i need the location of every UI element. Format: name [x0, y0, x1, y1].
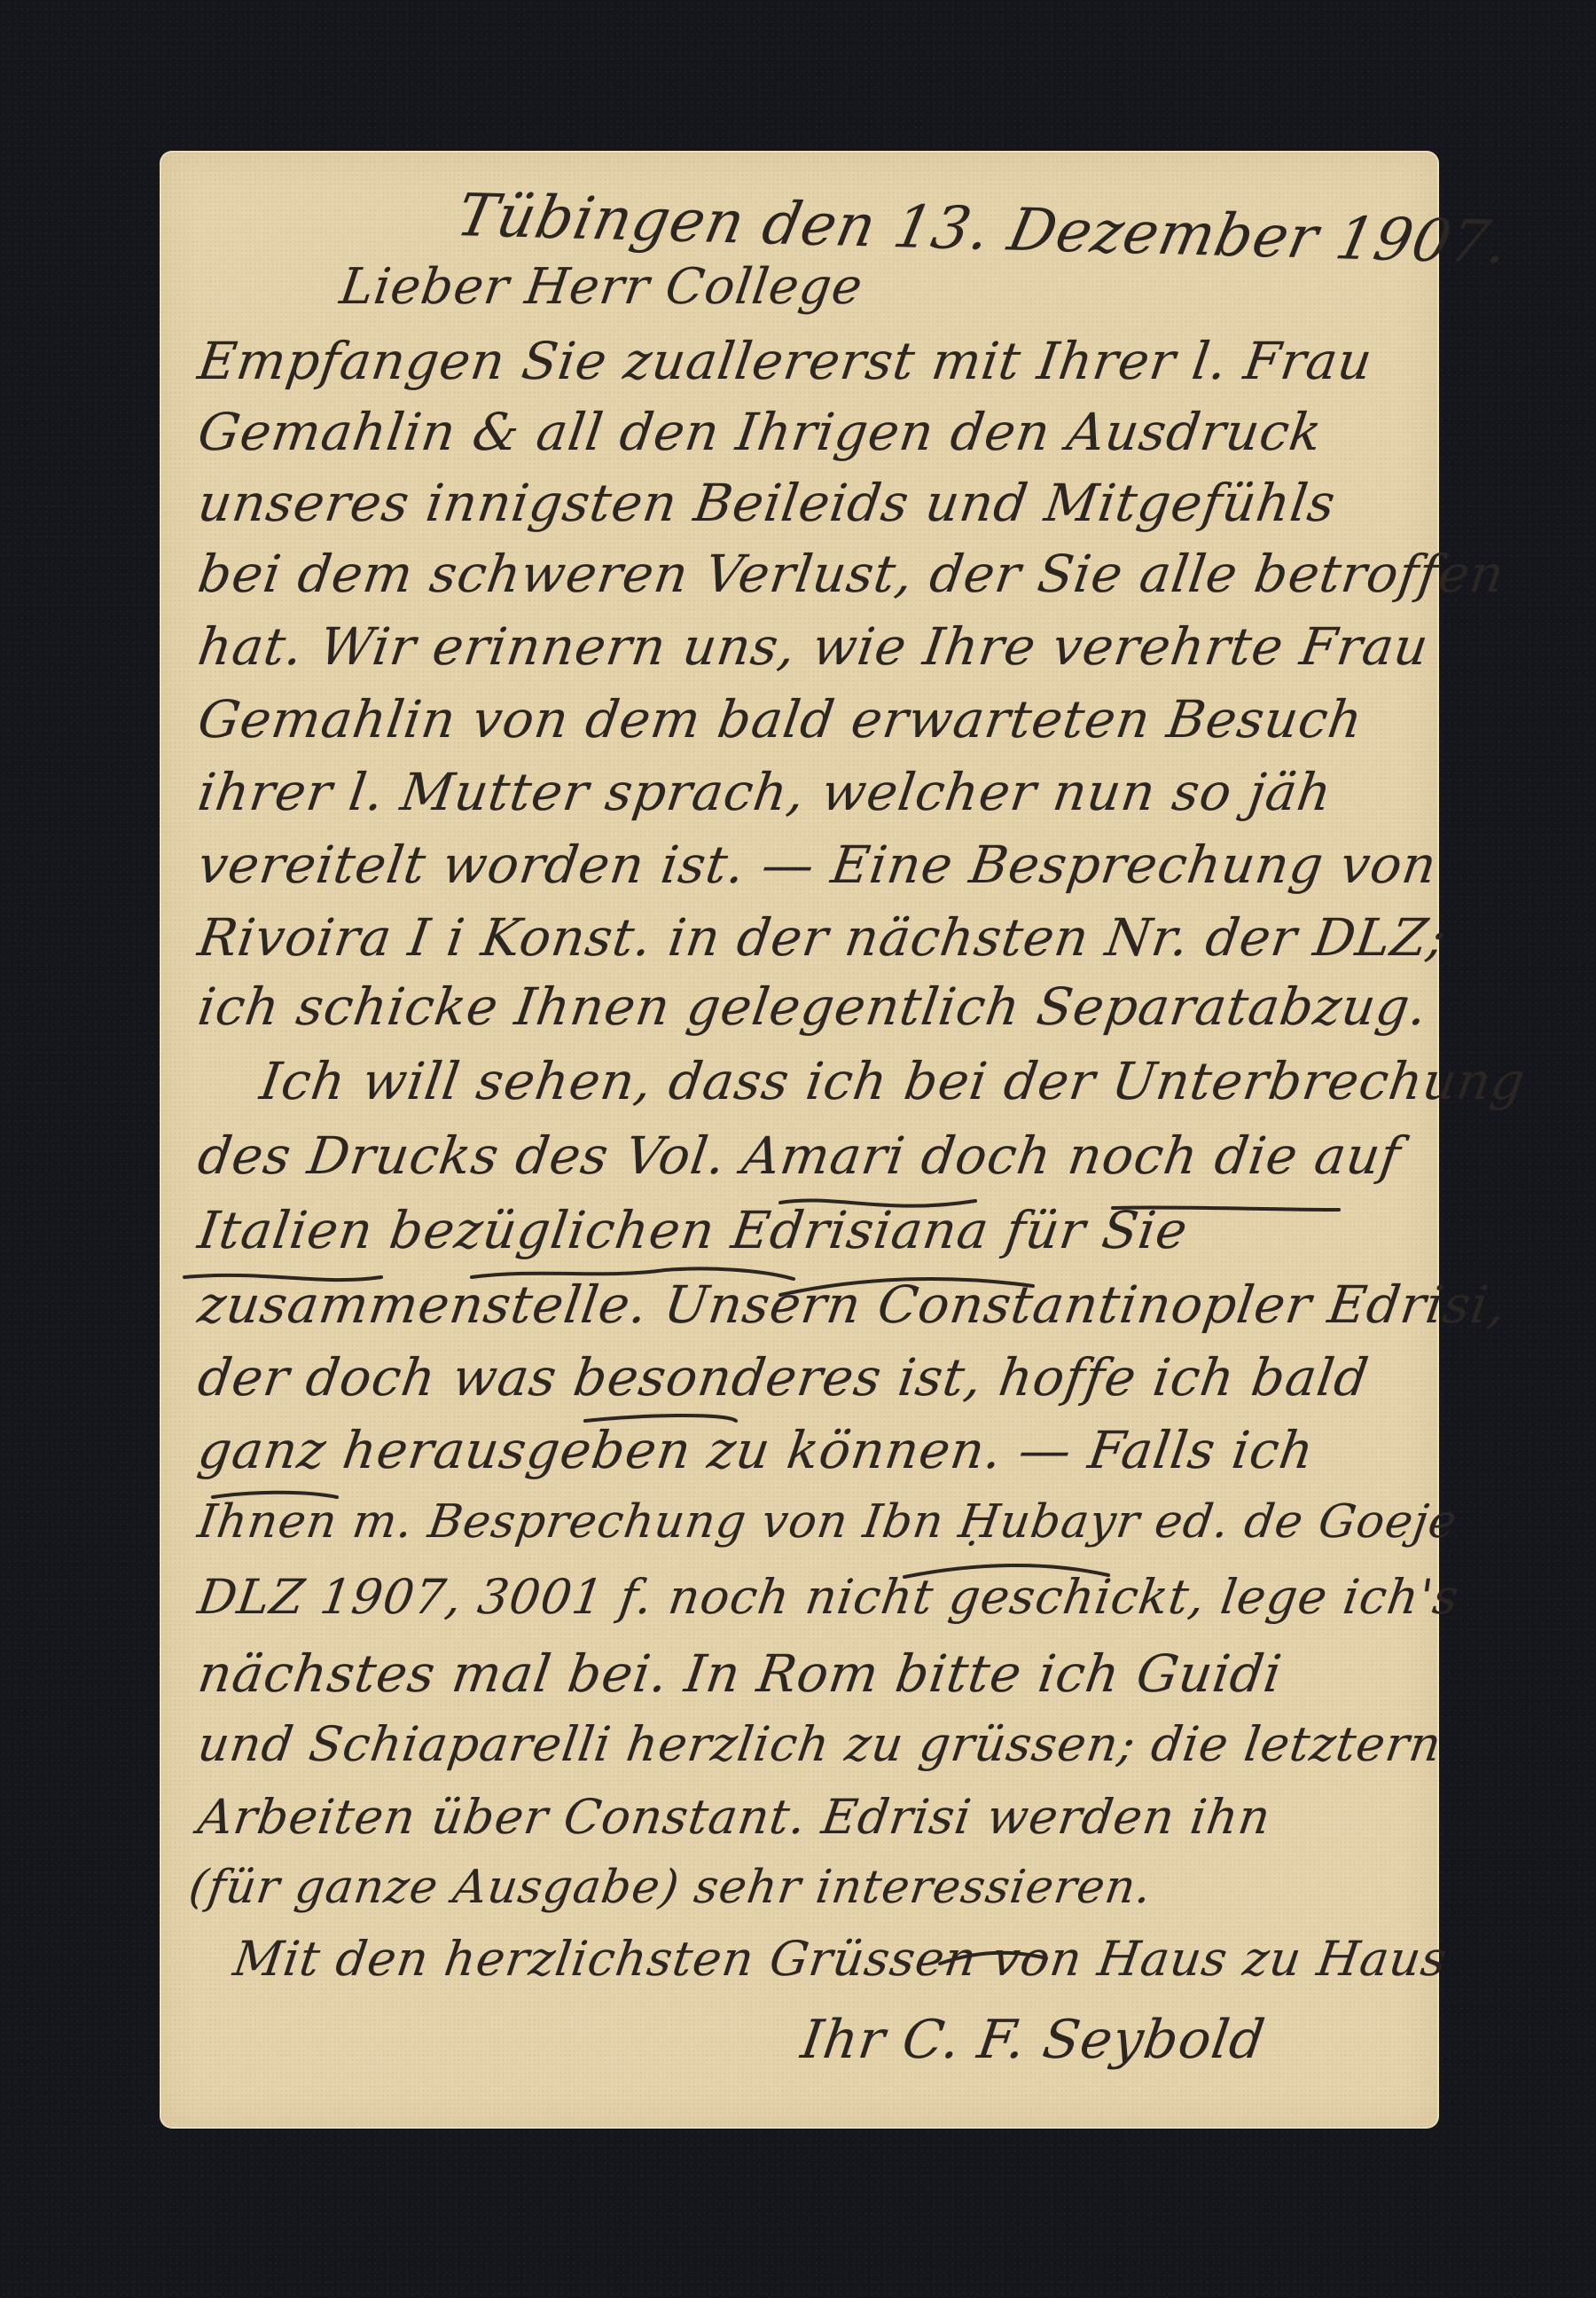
- text-line-13: Italien bezüglichen Edrisiana für Sie: [195, 1204, 1191, 1256]
- text-line-16: ganz herausgeben zu können. — Falls ich: [195, 1424, 1318, 1476]
- salutation: Lieber Herr College: [337, 263, 865, 312]
- text-line-18: DLZ 1907, 3001 f. noch nicht geschickt, …: [195, 1573, 1462, 1621]
- text-line-1: Empfangen Sie zuallererst mit Ihrer l. F…: [195, 335, 1376, 387]
- text-line-17: Ihnen m. Besprechung von Ibn Ḥubayr ed. …: [195, 1499, 1460, 1545]
- text-line-4: bei dem schweren Verlust, der Sie alle b…: [195, 548, 1507, 600]
- text-line-14: zusammenstelle. Unsern Constantinopler E…: [195, 1279, 1509, 1330]
- text-line-20: und Schiaparelli herzlich zu grüssen; di…: [195, 1721, 1444, 1769]
- signature: Ihr C. F. Seybold: [798, 2013, 1269, 2067]
- text-line-11: Ich will sehen, dass ich bei der Unterbr…: [257, 1055, 1529, 1107]
- text-line-9: Rivoira I i Konst. in der nächsten Nr. d…: [195, 912, 1450, 963]
- text-line-15: der doch was besonderes ist, hoffe ich b…: [195, 1352, 1372, 1403]
- text-line-7: ihrer l. Mutter sprach, welcher nun so j…: [195, 766, 1335, 818]
- text-line-6: Gemahlin von dem bald erwarteten Besuch: [195, 694, 1366, 745]
- text-line-5: hat. Wir erinnern uns, wie Ihre verehrte…: [195, 621, 1432, 672]
- text-line-2: Gemahlin & all den Ihrigen den Ausdruck: [195, 406, 1326, 458]
- text-line-8: vereitelt worden ist. — Eine Besprechung…: [195, 839, 1440, 890]
- text-line-19: nächstes mal bei. In Rom bitte ich Guidi: [195, 1648, 1285, 1699]
- text-line-23: Mit den herzlichsten Grüssen von Haus zu…: [231, 1935, 1450, 1983]
- text-line-3: unseres innigsten Beileids und Mitgefühl…: [195, 477, 1339, 529]
- postcard: Tübingen den 13. Dezember 1907. Lieber H…: [160, 151, 1439, 2129]
- text-line-21: Arbeiten über Constant. Edrisi werden ih…: [195, 1793, 1274, 1841]
- text-line-10: ich schicke Ihnen gelegentlich Separatab…: [195, 981, 1431, 1032]
- text-line-22: (für ganze Ausgabe) sehr interessieren.: [186, 1864, 1154, 1910]
- text-line-12: des Drucks des Vol. Amari doch noch die …: [195, 1130, 1404, 1181]
